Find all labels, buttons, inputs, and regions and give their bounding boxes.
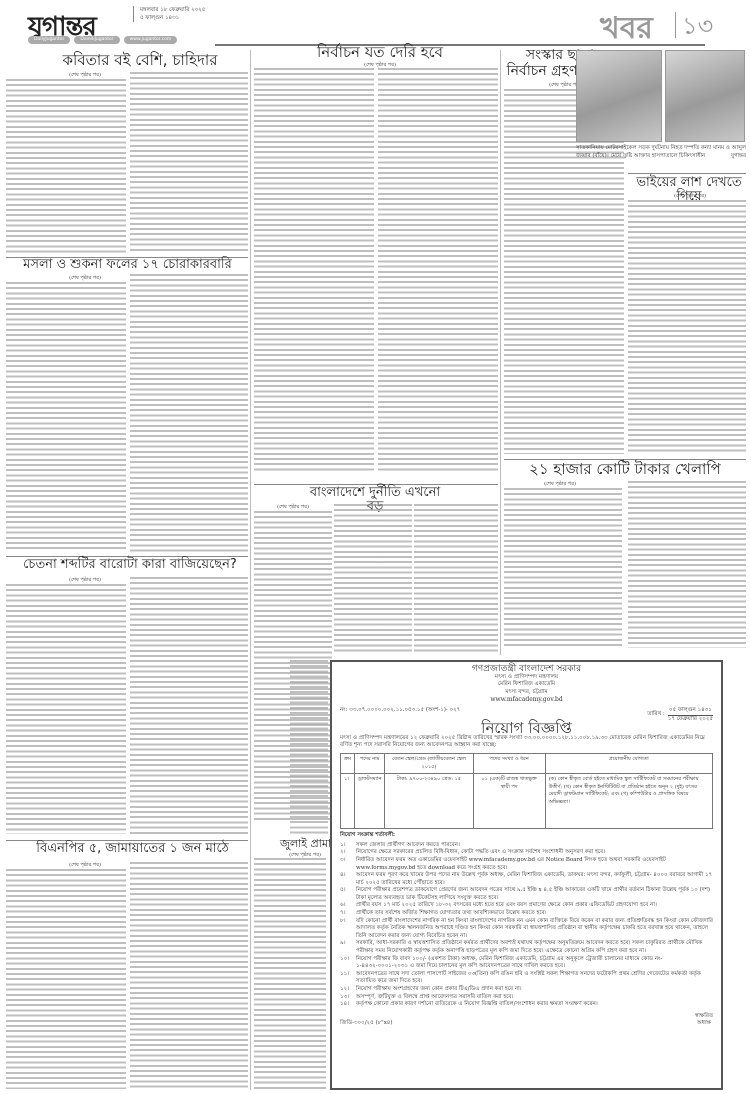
table-header: পদের নাম [354, 753, 384, 773]
signature-label: স্বাক্ষরিত [695, 1013, 713, 1021]
list-item: ৮।যদি কোনো প্রার্থী বাংলাদেশের নাগরিক না… [340, 918, 713, 941]
photo-credit: যুগান্তর [731, 152, 746, 160]
list-item: ২।নিয়োগের ক্ষেত্রে সরকারের প্রচলিত বিধি… [340, 849, 713, 857]
issue-date: মঙ্গলবার ১৮ ফেব্রুয়ারি ২০২৫ ৫ ফাল্গুন ১… [133, 6, 205, 22]
headline-moshla: মসলা ও শুকনা ফলের ১৭ চোরাকারবারি [10, 258, 245, 272]
page-number: ১৩ [682, 8, 713, 48]
table-header: প্রয়োজনীয় যোগ্যতা [545, 753, 712, 773]
list-item: ৬।প্রার্থীর বয়স ১৭ মার্চ ২০২৫ তারিখে ১৮… [340, 902, 713, 910]
article-body-chetona-col1 [6, 584, 126, 834]
column-rule [250, 50, 251, 1090]
article-body-khelapi-col1 [504, 488, 622, 648]
ad-website-link[interactable]: www.mfacademy.gov.bd [340, 696, 713, 704]
ad-location: মৎস্য বন্দর, চট্টগ্রাম [340, 689, 713, 697]
ad-government: গণপ্রজাতন্ত্রী বাংলাদেশ সরকার [340, 666, 713, 674]
ad-date-bangla: ০৫ ফাল্গুন ১৪৩১ [668, 707, 713, 716]
list-item: ৪।আবেদন ফরম পূরণ করে খামের উপর পদের নাম … [340, 872, 713, 887]
ad-code: জিডি-৩০০/২৫ (৮"x৪) [340, 1020, 393, 1028]
article-body-nirbachon-col2 [378, 68, 498, 473]
list-item: ৯।সরকারি, আধা-সরকারি ও স্বায়ত্তশাসিত প্… [340, 940, 713, 955]
article-body-nirbachon-col1 [254, 68, 374, 473]
divider [628, 173, 746, 174]
headline-nirbachon: নির্বাচন যত দেরি হবে [290, 44, 470, 61]
photo-caption: সাতকানিয়ায় মোটরসাইকেল সড়ক দুর্ঘটনায় … [576, 144, 746, 160]
table-header: বেতন স্কেল/গ্রেড (জাতীয়বেতন স্কেল ২০১৫) [385, 753, 473, 773]
list-item: ৫।নিয়োগ পরীক্ষার প্রবেশপত্র ডাকযোগে প্র… [340, 887, 713, 902]
table-header: পদের সংখ্যা ও ধরন [473, 753, 545, 773]
list-item: ৭।প্রার্থীকে তার সর্বশেষ অর্জিত শিক্ষাগত… [340, 910, 713, 918]
headline-chetona: চেতনা শব্দটির বারোটা কারা বাজিয়েছেন? [10, 558, 250, 572]
headline-bnp: বিএনপির ৫, জামায়াতের ১ জন মাঠে [10, 842, 255, 856]
photo-daughter [665, 50, 745, 142]
table-cell: ড্রাফটসম্যান [354, 774, 384, 829]
headline-kobitar-boi: কবিতার বই বেশি, চাহিদার [60, 52, 220, 69]
list-item: ১১।আবেদনপত্রের সাথে সদ্য তোলা পাসপোর্ট স… [340, 971, 713, 986]
ad-conditions-title: নিয়োগ সংক্রান্ত শর্তাবলী: [340, 832, 713, 840]
ad-intro: মৎস্য ও প্রাণিসম্পদ মন্ত্রণালয়ের ১২ ফেব… [340, 735, 713, 750]
table-cell: ০১ (এক)টি রাজস্ব খাতভুক্ত স্থায়ী পদ [473, 774, 545, 829]
ad-date-label: তারিখ : [647, 711, 665, 719]
article-body-bnp-col2 [130, 862, 248, 1089]
ad-memo-number: নং: ৩৩.০৭.০০০০.০০২.১১.০৫৩.১৫ (অংশ-১)- ০২… [340, 707, 460, 723]
ad-conditions-list: ১।সকল জেলার প্রার্থীগণ আবেদন করতে পারবেন… [340, 842, 713, 1009]
article-body-kobitar-boi-col2 [130, 72, 248, 254]
ad-footer: জিডি-৩০০/২৫ (৮"x৪) স্বাক্ষরিত অধ্যক্ষ [340, 1013, 713, 1028]
table-cell: ১। [341, 774, 355, 829]
article-body-khelapi-col2 [628, 481, 746, 648]
article-body-durniti-col2 [334, 504, 412, 654]
article-body-moshla-col2 [130, 274, 248, 552]
caption-text: সাতকানিয়ায় মোটরসাইকেল সড়ক দুর্ঘটনায় … [576, 145, 746, 159]
table-cell: (ক) কোন স্বীকৃত বোর্ড হইতে মাধ্যমিক স্কু… [545, 774, 712, 829]
article-body-durniti-col3 [414, 504, 498, 654]
article-body-kobitar-boi-col1 [6, 79, 126, 254]
signatory: অধ্যক্ষ [695, 1020, 713, 1028]
ad-title: নিয়োগ বিজ্ঞপ্তি [340, 725, 713, 733]
facebook-link[interactable]: DailyJugantor [28, 36, 70, 44]
section-divider [675, 12, 676, 38]
ad-date: তারিখ : ০৫ ফাল্গুন ১৪৩১ ১৭ ফেব্রুয়ারি ২… [647, 707, 713, 723]
column-rule [500, 50, 501, 655]
article-body-bnp-col1 [6, 869, 126, 1089]
date-gregorian: মঙ্গলবার ১৮ ফেব্রুয়ারি ২০২৫ [140, 6, 205, 14]
headline-july: জুলাই প্রামাণ্যচিত্র [280, 838, 330, 850]
ad-institute: মেরিন ফিশারিজ একাডেমি [340, 681, 713, 689]
article-body-chetona-col2 [130, 577, 248, 834]
table-row: ১। ড্রাফটসম্যান টাকা: ৯৭০০-২৩৪৯০ গ্রেড: … [341, 774, 713, 829]
list-item: ৩।নির্ধারিত আবেদন ফরম অত্র একাডেমির ওয়ে… [340, 857, 713, 872]
list-item: ১০।নিয়োগ পরীক্ষার ফি বাবদ ১০০/- (একশত ট… [340, 956, 713, 971]
list-item: ১২।নিয়োগ পরীক্ষায় অংশগ্রহণের জন্য কোন … [340, 986, 713, 994]
headline-khelapi: ২১ হাজার কোটি টাকার খেলাপি [505, 461, 745, 478]
ad-signature: স্বাক্ষরিত অধ্যক্ষ [695, 1013, 713, 1028]
ad-date-english: ১৭ ফেব্রুয়ারি ২০২৫ [668, 716, 713, 724]
article-body-moshla-col1 [6, 282, 126, 552]
date-bangla: ৫ ফাল্গুন ১৪৩১ [140, 14, 205, 22]
photo-couple [576, 50, 662, 142]
table-header: ক্রম [341, 753, 355, 773]
twitter-link[interactable]: DainikJugantor [74, 36, 119, 44]
ad-vacancy-table: ক্রম পদের নাম বেতন স্কেল/গ্রেড (জাতীয়বে… [340, 753, 713, 829]
article-body-bhaiyer-lash-col2 [628, 200, 746, 455]
article-body-durniti-col4 [290, 660, 328, 835]
job-advertisement: গণপ্রজাতন্ত্রী বাংলাদেশ সরকার মৎস্য ও প্… [330, 660, 723, 1090]
website-link[interactable]: www.jugantor.com [124, 36, 178, 44]
social-links: DailyJugantor DainikJugantor www.juganto… [28, 36, 177, 44]
table-cell: টাকা: ৯৭০০-২৩৪৯০ গ্রেড: ১৫ [385, 774, 473, 829]
list-item: ১৪।কর্তৃপক্ষ কোনো প্রকার কারণ দর্শানো ব্… [340, 1001, 713, 1009]
article-body-july [254, 858, 326, 1090]
